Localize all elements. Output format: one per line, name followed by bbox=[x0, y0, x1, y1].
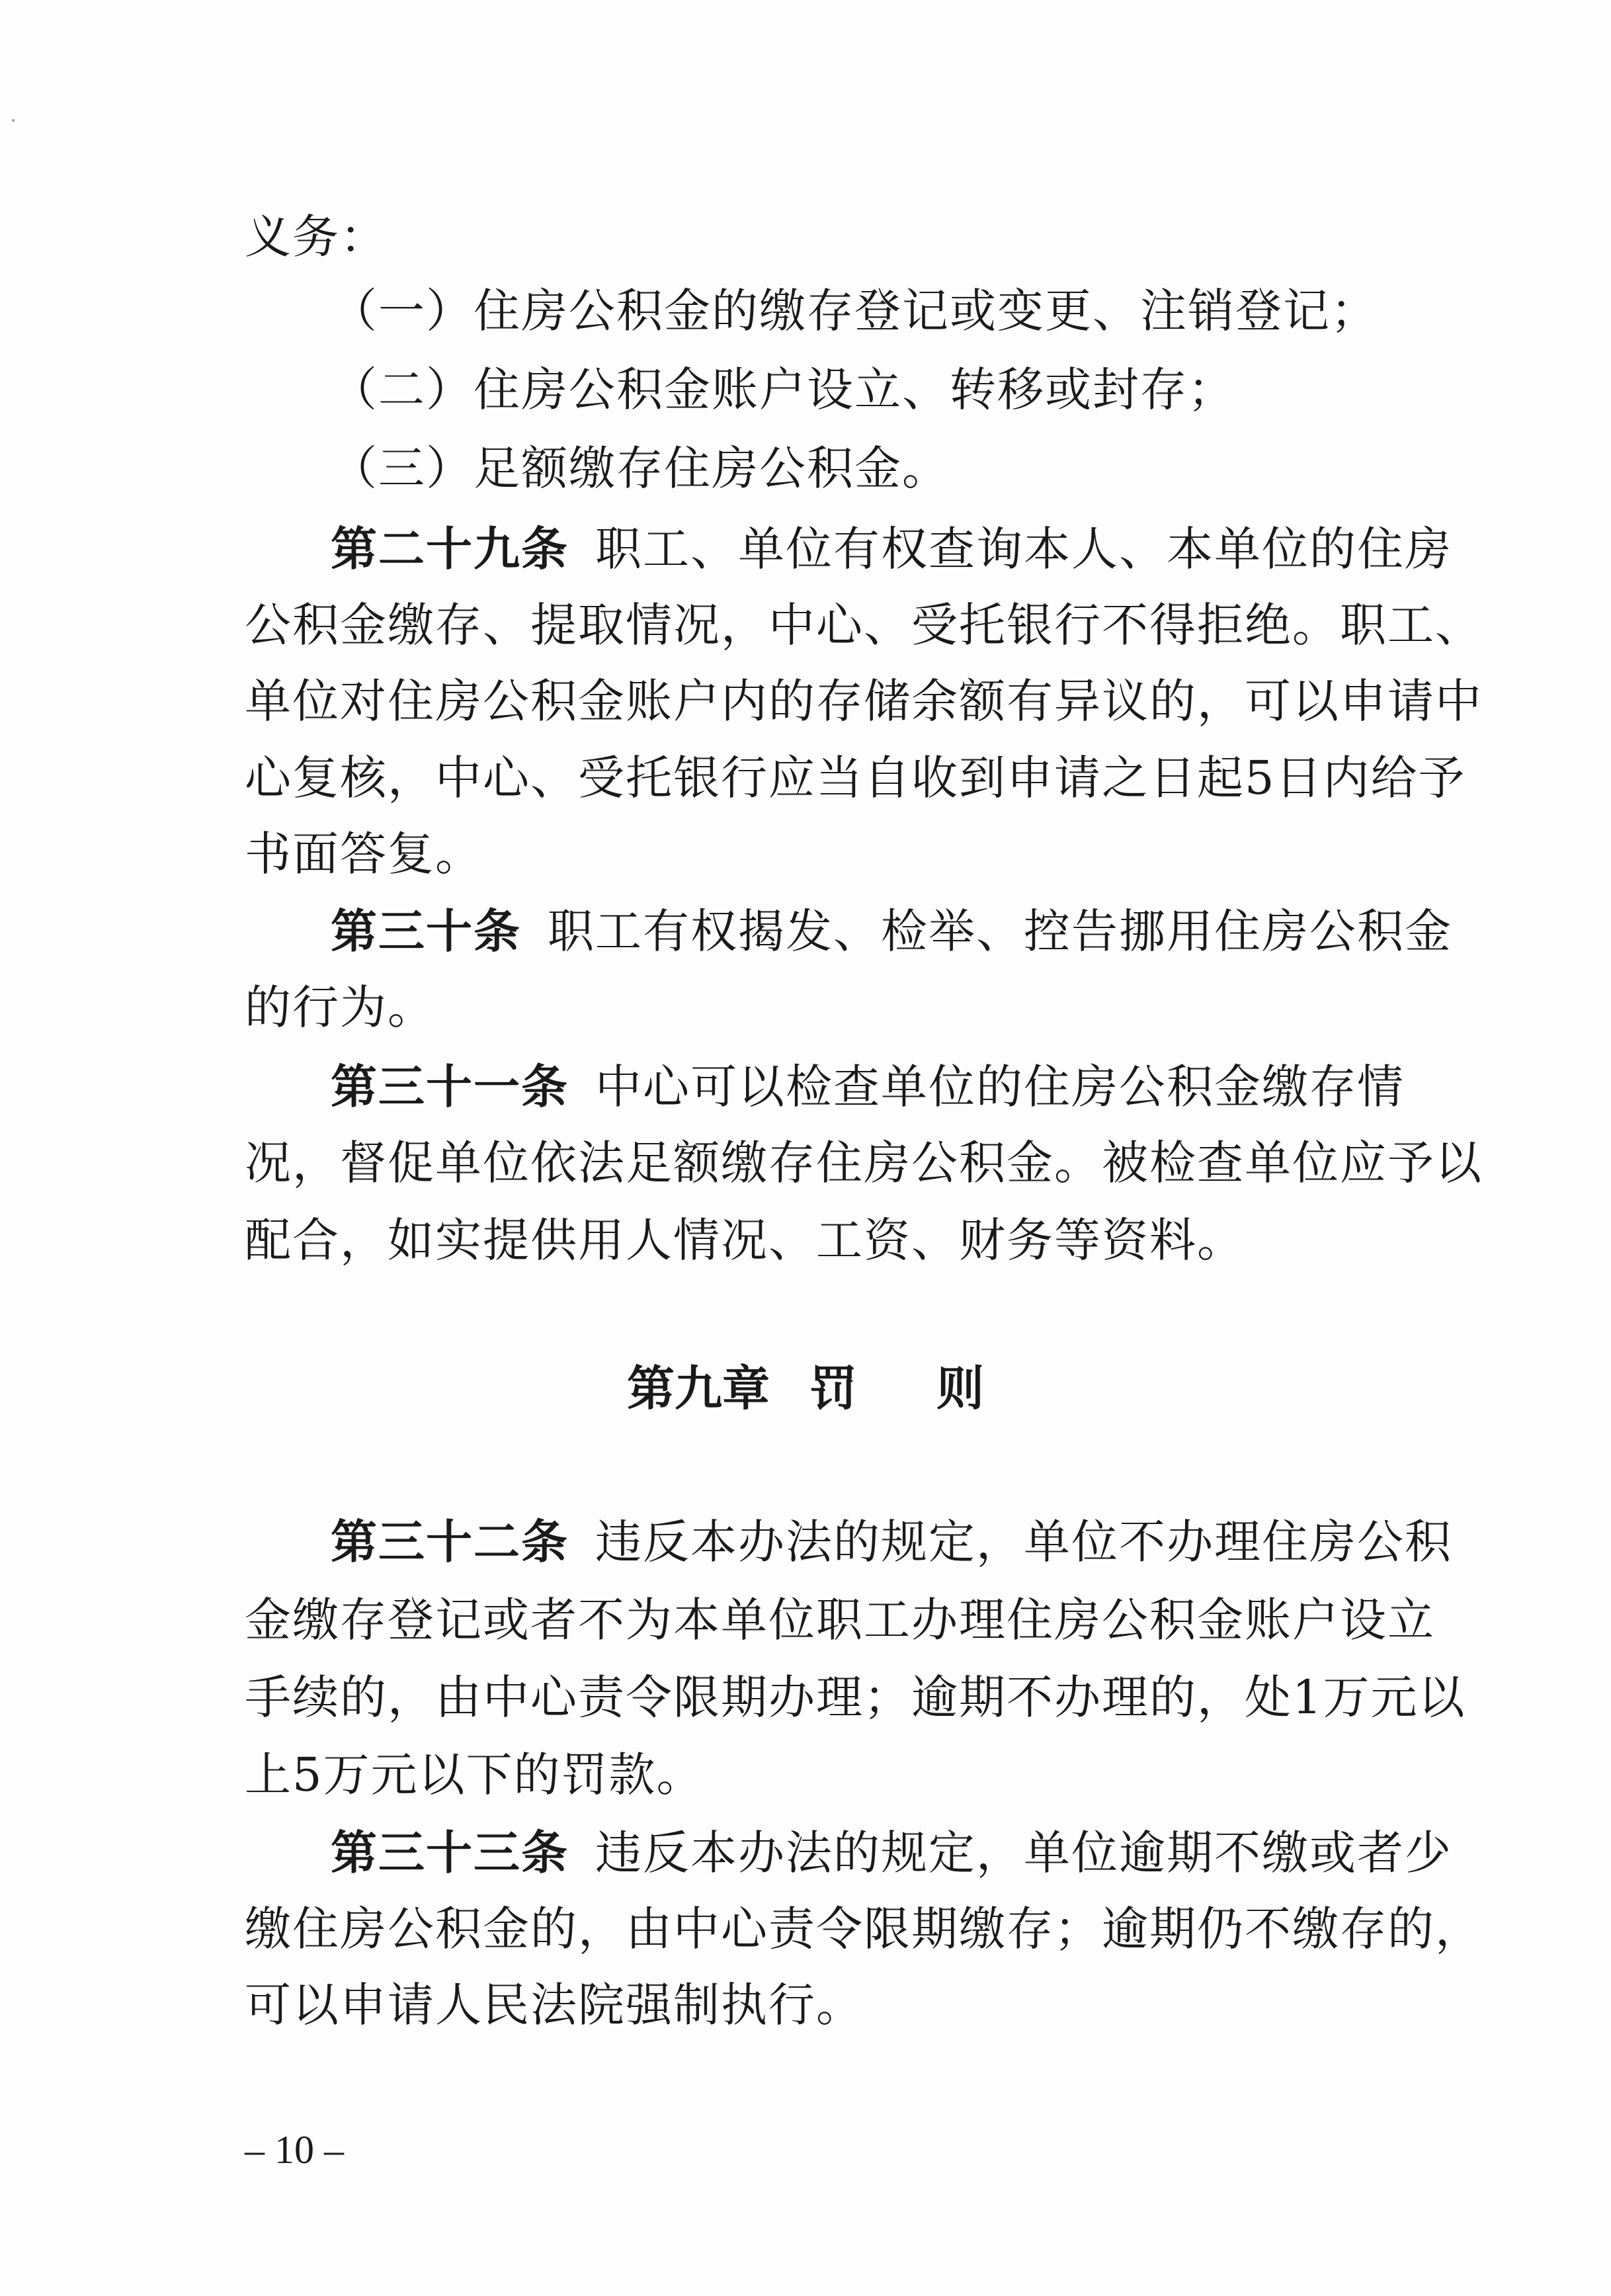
paragraph-line: 手续的，由中心责令限期办理；逾期不办理的，处1万元以 bbox=[245, 1659, 1369, 1736]
page-number: – 10 – bbox=[245, 2117, 344, 2183]
article-31: 第三十一条中心可以检查单位的住房公积金缴存情 bbox=[245, 1048, 1369, 1125]
chapter-heading: 第九章罚则 bbox=[0, 1350, 1611, 1427]
scan-speck bbox=[12, 119, 15, 122]
article-32: 第三十二条违反本办法的规定，单位不办理住房公积 bbox=[245, 1504, 1369, 1580]
paragraph-line: 况，督促单位依法足额缴存住房公积金。被检查单位应予以 bbox=[245, 1125, 1369, 1201]
article-label: 第二十九条 bbox=[331, 522, 569, 576]
paragraph-line: 可以申请人民法院强制执行。 bbox=[245, 1967, 1369, 2043]
paragraph-line: 公积金缴存、提取情况，中心、受托银行不得拒绝。职工、 bbox=[245, 587, 1369, 663]
article-30: 第三十条职工有权揭发、检举、控告挪用住房公积金 bbox=[245, 893, 1369, 970]
list-item: （二）住房公积金账户设立、转移或封存； bbox=[245, 351, 1369, 428]
article-text: 职工有权揭发、检举、控告挪用住房公积金 bbox=[548, 904, 1452, 958]
continuation-text: 义务： bbox=[245, 198, 1369, 275]
chapter-title-part: 则 bbox=[936, 1361, 984, 1416]
paragraph-line: 配合，如实提供用人情况、工资、财务等资料。 bbox=[245, 1202, 1369, 1279]
article-text: 中心可以检查单位的住房公积金缴存情 bbox=[595, 1060, 1405, 1114]
paragraph-line: 单位对住房公积金账户内的存储余额有异议的，可以申请中 bbox=[245, 663, 1369, 740]
paragraph-line: 缴住房公积金的，由中心责令限期缴存；逾期仍不缴存的， bbox=[245, 1891, 1369, 1967]
article-text: 职工、单位有权查询本人、本单位的住房 bbox=[595, 522, 1452, 576]
article-text: 违反本办法的规定，单位不办理住房公积 bbox=[595, 1515, 1452, 1569]
paragraph-line: 心复核，中心、受托银行应当自收到申请之日起5日内给予 bbox=[245, 740, 1369, 816]
article-29: 第二十九条职工、单位有权查询本人、本单位的住房 bbox=[245, 511, 1369, 587]
paragraph-line: 的行为。 bbox=[245, 969, 1369, 1046]
article-33: 第三十三条违反本办法的规定，单位逾期不缴或者少 bbox=[245, 1814, 1369, 1891]
paragraph-line: 上5万元以下的罚款。 bbox=[245, 1736, 1369, 1813]
paragraph-line: 书面答复。 bbox=[245, 816, 1369, 892]
article-label: 第三十二条 bbox=[331, 1515, 569, 1569]
article-label: 第三十三条 bbox=[331, 1826, 569, 1880]
article-text: 违反本办法的规定，单位逾期不缴或者少 bbox=[595, 1826, 1452, 1880]
chapter-number: 第九章 bbox=[627, 1361, 770, 1416]
list-item: （三）足额缴存住房公积金。 bbox=[245, 430, 1369, 507]
article-label: 第三十条 bbox=[331, 904, 521, 958]
paragraph-line: 金缴存登记或者不为本单位职工办理住房公积金账户设立 bbox=[245, 1582, 1369, 1658]
article-label: 第三十一条 bbox=[331, 1060, 569, 1114]
list-item: （一）住房公积金的缴存登记或变更、注销登记； bbox=[245, 273, 1369, 349]
chapter-title-part: 罚 bbox=[809, 1361, 857, 1416]
